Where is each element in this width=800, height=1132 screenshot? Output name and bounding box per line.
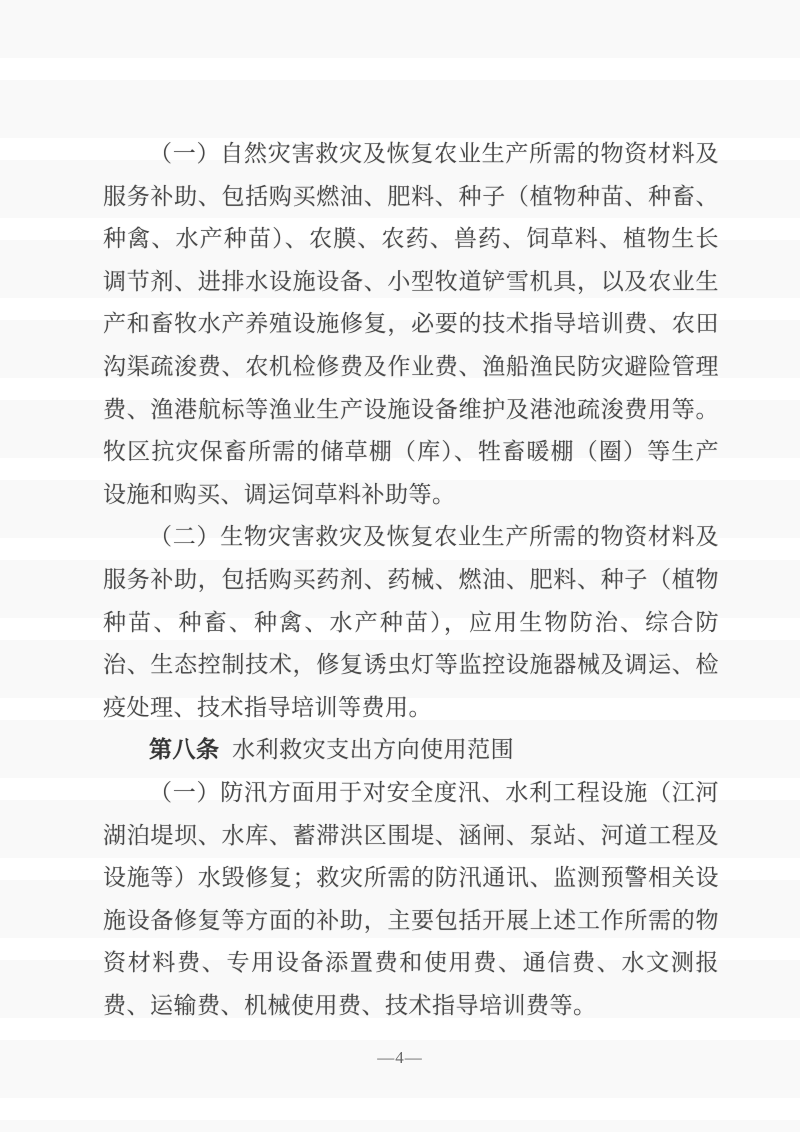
article-title: 水利救灾支出方向使用范围 [232, 737, 514, 762]
document-content: （一）自然灾害救灾及恢复农业生产所需的物资材料及服务补助、包括购买燃油、肥料、种… [103, 133, 719, 1027]
paragraph-flood-control-relief: （一）防汛方面用于对安全度汛、水利工程设施（江河湖泊堤坝、水库、蓄滞洪区围堤、涵… [103, 772, 719, 1028]
document-page: （一）自然灾害救灾及恢复农业生产所需的物资材料及服务补助、包括购买燃油、肥料、种… [0, 0, 800, 1132]
paragraph-biological-disaster-relief: （二）生物灾害救灾及恢复农业生产所需的物资材料及服务补助，包括购买药剂、药械、燃… [103, 516, 719, 729]
paragraph-natural-disaster-relief: （一）自然灾害救灾及恢复农业生产所需的物资材料及服务补助、包括购买燃油、肥料、种… [103, 133, 719, 516]
article-8-heading: 第八条水利救灾支出方向使用范围 [103, 729, 719, 772]
article-number: 第八条 [149, 737, 220, 762]
page-number: —4— [0, 1048, 800, 1068]
